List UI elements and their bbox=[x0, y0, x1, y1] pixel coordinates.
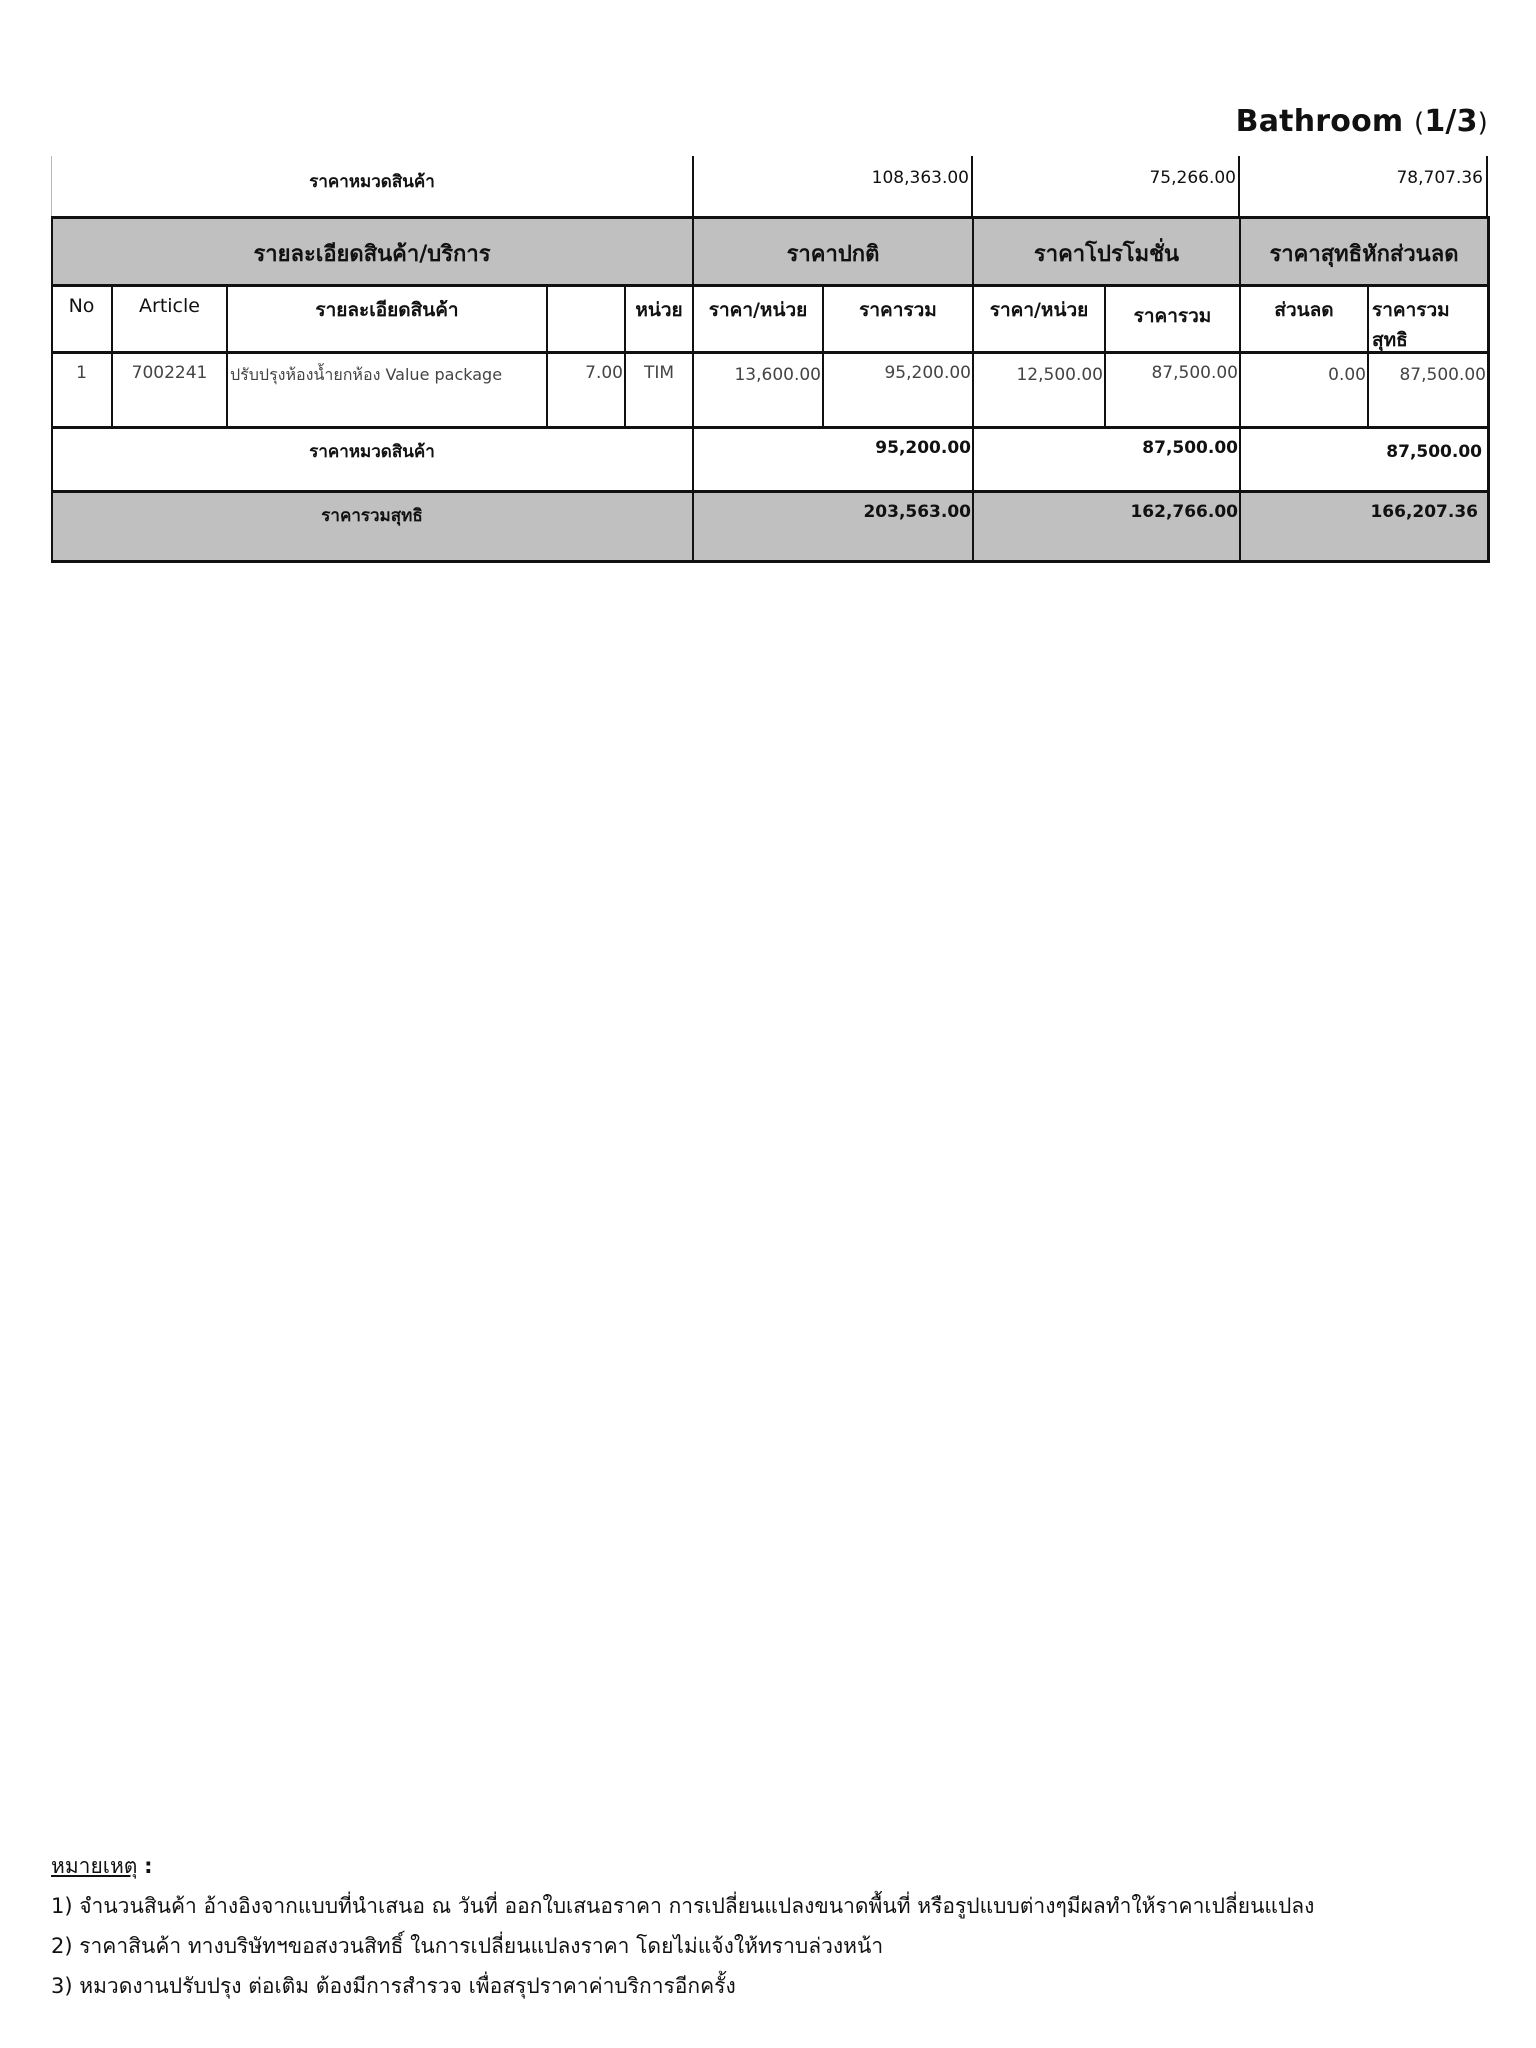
table-divider bbox=[546, 284, 548, 428]
table-divider bbox=[51, 156, 52, 216]
category-total-regular: 95,200.00 bbox=[693, 428, 973, 492]
table-divider bbox=[1238, 156, 1240, 216]
table-divider bbox=[51, 216, 1490, 219]
group-header-promo-price: ราคาโปรโมชั่น bbox=[973, 218, 1240, 285]
group-header-net-price: ราคาสุทธิหักส่วนลด bbox=[1240, 218, 1488, 285]
row-promo-total: 87,500.00 bbox=[1105, 353, 1240, 428]
notes-heading: หมายเหตุ : bbox=[51, 1846, 1314, 1886]
row-promo-unit-price: 12,500.00 bbox=[973, 353, 1105, 428]
col-header-regular-unit-price: ราคา/หน่วย bbox=[693, 285, 823, 353]
table-divider bbox=[972, 216, 974, 563]
prev-category-net-total: 78,707.36 bbox=[1240, 158, 1485, 215]
category-total-net: 87,500.00 bbox=[1240, 428, 1488, 492]
row-article: 7002241 bbox=[112, 353, 227, 428]
table-divider bbox=[1487, 216, 1490, 563]
note-item: 3) หมวดงานปรับปรุง ต่อเติม ต้องมีการสำรว… bbox=[51, 1966, 1314, 2006]
prev-category-promo-total: 75,266.00 bbox=[973, 158, 1238, 215]
notes-section: หมายเหตุ : 1) จำนวนสินค้า อ้างอิงจากแบบท… bbox=[51, 1846, 1314, 2006]
table-divider bbox=[51, 426, 1490, 429]
prev-category-regular-total: 108,363.00 bbox=[693, 158, 971, 215]
note-item: 2) ราคาสินค้า ทางบริษัทฯขอสงวนสิทธิ์ ในก… bbox=[51, 1926, 1314, 1966]
row-no: 1 bbox=[51, 353, 112, 428]
row-regular-total: 95,200.00 bbox=[823, 353, 973, 428]
table-divider bbox=[51, 284, 1490, 287]
col-header-no: No bbox=[51, 285, 112, 353]
section-title: Bathroom bbox=[1236, 104, 1404, 139]
table-divider bbox=[624, 284, 626, 428]
row-regular-unit-price: 13,600.00 bbox=[693, 353, 823, 428]
table-divider bbox=[51, 490, 1490, 493]
category-total-label: ราคาหมวดสินค้า bbox=[51, 428, 693, 492]
grand-total-regular: 203,563.00 bbox=[693, 492, 973, 562]
table-divider bbox=[51, 351, 1490, 354]
row-qty: 7.00 bbox=[547, 353, 625, 428]
col-header-promo-total: ราคารวม bbox=[1105, 285, 1240, 353]
col-header-unit: หน่วย bbox=[625, 285, 693, 353]
table-divider bbox=[1367, 284, 1369, 428]
table-divider bbox=[111, 284, 113, 428]
grand-total-net: 166,207.36 bbox=[1240, 492, 1488, 562]
table-divider bbox=[226, 284, 228, 428]
table-divider bbox=[1104, 284, 1106, 428]
note-item: 1) จำนวนสินค้า อ้างอิงจากแบบที่นำเสนอ ณ … bbox=[51, 1886, 1314, 1926]
col-header-qty bbox=[547, 285, 625, 353]
table-divider bbox=[51, 216, 53, 563]
table-divider bbox=[1239, 216, 1241, 563]
col-header-net-total: ราคารวมสุทธิ bbox=[1368, 285, 1488, 353]
category-total-promo: 87,500.00 bbox=[973, 428, 1240, 492]
page-indicator: 1/3 bbox=[1424, 104, 1477, 139]
grand-total-label: ราคารวมสุทธิ bbox=[51, 492, 693, 562]
grand-total-promo: 162,766.00 bbox=[973, 492, 1240, 562]
group-header-regular-price: ราคาปกติ bbox=[693, 218, 973, 285]
col-header-promo-unit-price: ราคา/หน่วย bbox=[973, 285, 1105, 353]
row-unit: TIM bbox=[625, 353, 693, 428]
table-divider bbox=[1486, 156, 1488, 216]
table-divider bbox=[822, 284, 824, 428]
row-description: ปรับปรุงห้องน้ำยกห้อง Value package bbox=[227, 353, 547, 428]
col-header-article: Article bbox=[112, 285, 227, 353]
table-divider bbox=[971, 156, 973, 216]
col-header-description: รายละเอียดสินค้า bbox=[227, 285, 547, 353]
table-divider bbox=[51, 560, 1490, 563]
page-title: Bathroom (1/3) bbox=[1236, 104, 1488, 139]
table-divider bbox=[692, 216, 694, 563]
row-net-total: 87,500.00 bbox=[1368, 353, 1488, 428]
col-header-discount: ส่วนลด bbox=[1240, 285, 1368, 353]
table-divider bbox=[692, 156, 694, 216]
prev-category-label: ราคาหมวดสินค้า bbox=[51, 158, 693, 215]
group-header-details: รายละเอียดสินค้า/บริการ bbox=[51, 218, 693, 285]
row-discount: 0.00 bbox=[1240, 353, 1368, 428]
col-header-regular-total: ราคารวม bbox=[823, 285, 973, 353]
